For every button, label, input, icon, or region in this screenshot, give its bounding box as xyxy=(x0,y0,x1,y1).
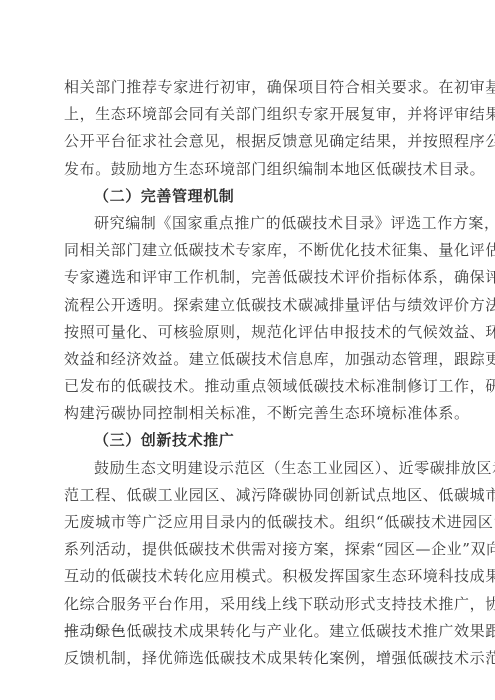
paragraph-line: 无废城市等广泛应用目录内的低碳技术。组织“低碳技术进园区” xyxy=(64,509,432,536)
paragraph-line: 相关部门推荐专家进行初审，确保项目符合相关要求。在初审基础 xyxy=(64,74,432,101)
paragraph-line: 范工程、低碳工业园区、减污降碳协同创新试点地区、低碳城市、 xyxy=(64,482,432,509)
section-heading-3: （三）创新技术推广 xyxy=(64,427,432,454)
paragraph-line: 反馈机制，择优筛选低碳技术成果转化案例，增强低碳技术示范效 xyxy=(64,645,432,672)
paragraph-line: 已发布的低碳技术。推动重点领域低碳技术标准制修订工作，研究 xyxy=(64,373,432,400)
paragraph-line: 鼓励生态文明建设示范区（生态工业园区）、近零碳排放区示 xyxy=(64,455,432,482)
paragraph-line: 专家遴选和评审工作机制，完善低碳技术评价指标体系，确保评选 xyxy=(64,264,432,291)
page-number: — 10 — xyxy=(64,623,127,638)
document-body: 相关部门推荐专家进行初审，确保项目符合相关要求。在初审基础 上，生态环境部会同有… xyxy=(64,74,432,672)
section-heading-2: （二）完善管理机制 xyxy=(64,183,432,210)
paragraph-line: 研究编制《国家重点推广的低碳技术目录》评选工作方案，会 xyxy=(64,210,432,237)
paragraph-line: 化综合服务平台作用，采用线上线下联动形式支持技术推广，协同 xyxy=(64,591,432,618)
paragraph-line: 构建污碳协同控制相关标准，不断完善生态环境标准体系。 xyxy=(64,400,432,427)
paragraph-line: 发布。鼓励地方生态环境部门组织编制本地区低碳技术目录。 xyxy=(64,156,432,183)
paragraph-line: 流程公开透明。探索建立低碳技术碳减排量评估与绩效评价方法， xyxy=(64,292,432,319)
paragraph-line: 互动的低碳技术转化应用模式。积极发挥国家生态环境科技成果转 xyxy=(64,563,432,590)
paragraph-line: 公开平台征求社会意见，根据反馈意见确定结果，并按照程序公开 xyxy=(64,128,432,155)
paragraph-line: 按照可量化、可核验原则，规范化评估申报技术的气候效益、环境 xyxy=(64,319,432,346)
paragraph-line: 效益和经济效益。建立低碳技术信息库，加强动态管理，跟踪更新 xyxy=(64,346,432,373)
paragraph-line: 系列活动，提供低碳技术供需对接方案，探索“园区—企业”双向 xyxy=(64,536,432,563)
paragraph-line: 上，生态环境部会同有关部门组织专家开展复审，并将评审结果在 xyxy=(64,101,432,128)
paragraph-line: 同相关部门建立低碳技术专家库，不断优化技术征集、量化评估、 xyxy=(64,237,432,264)
